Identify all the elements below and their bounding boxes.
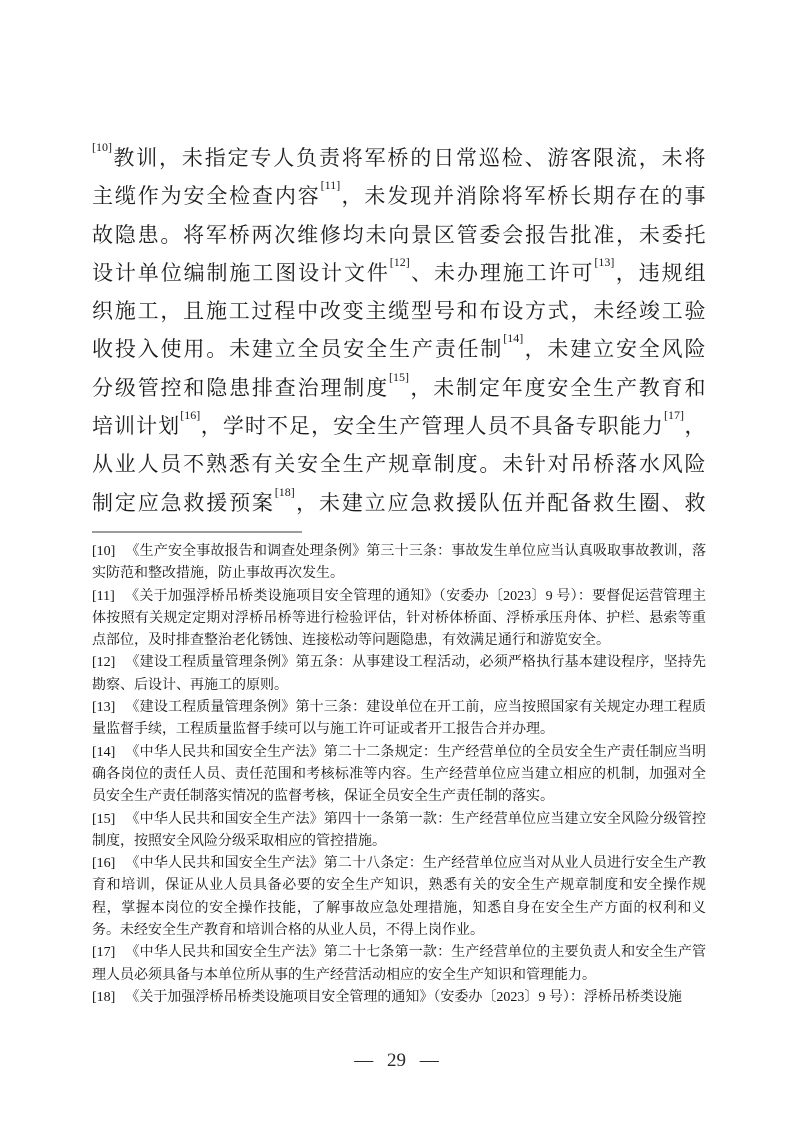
page-number: — 29 —: [0, 1050, 793, 1072]
footnote-ref: [12]: [390, 255, 410, 269]
body-line: 从业人员不熟悉有关安全生产规章制度。未针对吊桥落水风险: [92, 445, 706, 483]
footnote-marker: [17]: [92, 945, 115, 960]
body-text-run: 设计单位编制施工图设计文件: [92, 261, 390, 285]
footnote-item: [18]《关于加强浮桥吊桥类设施项目安全管理的通知》（安委办〔2023〕9 号）…: [92, 987, 706, 1009]
body-text-run: 主缆作为安全检查内容: [92, 184, 321, 208]
footnote-ref: [15]: [389, 370, 409, 384]
footnote-item: [12]《建设工程质量管理条例》第五条：从事建设工程活动，必须严格执行基本建设程…: [92, 652, 706, 697]
footnote-text: 《生产安全事故报告和调查处理条例》第三十三条：事故发生单位应当认真吸取事故教训，…: [92, 544, 706, 581]
footnote-marker: [14]: [92, 745, 115, 760]
footnote-ref: [13]: [594, 255, 614, 269]
footnotes-section: [10]《生产安全事故报告和调查处理条例》第三十三条：事故发生单位应当认真吸取事…: [92, 541, 706, 1009]
body-line: 分级管控和隐患排查治理制度[15]，未制定年度安全生产教育和: [92, 369, 706, 407]
document-page: [10]教训，未指定专人负责将军桥的日常巡检、游客限流，未将主缆作为安全检查内容…: [0, 0, 793, 1122]
footnote-marker: [10]: [92, 544, 115, 559]
body-text-run: ，未发现并消除将军桥长期存在的事: [340, 184, 706, 208]
footnote-text: 《关于加强浮桥吊桥类设施项目安全管理的通知》（安委办〔2023〕9 号）：要督促…: [92, 589, 706, 649]
footnote-text: 《中华人民共和国安全生产法》第二十二条规定：生产经营单位的全员安全生产责任制应当…: [92, 745, 706, 805]
footnote-text: 《中华人民共和国安全生产法》第二十七条第一款：生产经营单位的主要负责人和安全生产…: [92, 945, 706, 982]
footnote-text: 《建设工程质量管理条例》第五条：从事建设工程活动，必须严格执行基本建设程序，坚持…: [92, 655, 706, 692]
footnote-marker: [16]: [92, 856, 115, 871]
body-line: 主缆作为安全检查内容[11]，未发现并消除将军桥长期存在的事: [92, 177, 706, 215]
footnote-text: 《中华人民共和国安全生产法》第二十八条定：生产经营单位应当对从业人员进行安全生产…: [92, 856, 706, 938]
footnote-item: [10]《生产安全事故报告和调查处理条例》第三十三条：事故发生单位应当认真吸取事…: [92, 541, 706, 586]
body-text-run: 、未办理施工许可: [410, 261, 595, 285]
body-line: 培训计划[16]，学时不足，安全生产管理人员不具备专职能力[17]，: [92, 407, 706, 445]
footnote-separator: [92, 531, 302, 533]
footnote-ref: [10]: [92, 140, 112, 154]
body-text-run: 织施工，且施工过程中改变主缆型号和布设方式，未经竣工验: [92, 299, 706, 323]
body-line: 故隐患。将军桥两次维修均未向景区管委会报告批准，未委托: [92, 216, 706, 254]
body-line: 织施工，且施工过程中改变主缆型号和布设方式，未经竣工验: [92, 292, 706, 330]
footnote-item: [14]《中华人民共和国安全生产法》第二十二条规定：生产经营单位的全员安全生产责…: [92, 742, 706, 809]
body-text-run: ，未建立安全风险: [523, 337, 706, 361]
body-text-run: 制定应急救援预案: [92, 491, 275, 515]
body-text-run: 培训计划: [92, 414, 180, 438]
footnote-ref: [14]: [503, 331, 523, 345]
body-text-run: 从业人员不熟悉有关安全生产规章制度。未针对吊桥落水风险: [92, 452, 706, 476]
page-number-text: — 29 —: [354, 1050, 439, 1071]
body-text-run: 收投入使用。未建立全员安全生产责任制: [92, 337, 503, 361]
body-line: 制定应急救援预案[18]，未建立应急救援队伍并配备救生圈、救: [92, 484, 706, 522]
footnote-ref: [11]: [321, 178, 341, 192]
footnote-marker: [18]: [92, 990, 115, 1005]
body-text-run: 分级管控和隐患排查治理制度: [92, 376, 389, 400]
footnote-ref: [16]: [180, 408, 200, 422]
body-line: 收投入使用。未建立全员安全生产责任制[14]，未建立安全风险: [92, 330, 706, 368]
body-line: 设计单位编制施工图设计文件[12]、未办理施工许可[13]，违规组: [92, 254, 706, 292]
body-text-run: ，未建立应急救援队伍并配备救生圈、救: [295, 491, 706, 515]
footnote-text: 《中华人民共和国安全生产法》第四十一条第一款：生产经营单位应当建立安全风险分级管…: [92, 812, 706, 849]
footnote-item: [13]《建设工程质量管理条例》第十三条：建设单位在开工前，应当按照国家有关规定…: [92, 697, 706, 742]
body-text-run: ，未制定年度安全生产教育和: [409, 376, 706, 400]
body-text-run: 故隐患。将军桥两次维修均未向景区管委会报告批准，未委托: [92, 223, 706, 247]
footnote-item: [17]《中华人民共和国安全生产法》第二十七条第一款：生产经营单位的主要负责人和…: [92, 942, 706, 987]
footnote-item: [11]《关于加强浮桥吊桥类设施项目安全管理的通知》（安委办〔2023〕9 号）…: [92, 586, 706, 653]
footnote-ref: [17]: [664, 408, 684, 422]
footnote-text: 《建设工程质量管理条例》第十三条：建设单位在开工前，应当按照国家有关规定办理工程…: [92, 700, 706, 737]
body-text-run: ，学时不足，安全生产管理人员不具备专职能力: [200, 414, 664, 438]
footnote-item: [15]《中华人民共和国安全生产法》第四十一条第一款：生产经营单位应当建立安全风…: [92, 809, 706, 854]
footnote-text: 《关于加强浮桥吊桥类设施项目安全管理的通知》（安委办〔2023〕9 号）：浮桥吊…: [125, 990, 682, 1005]
body-paragraph: [10]教训，未指定专人负责将军桥的日常巡检、游客限流，未将主缆作为安全检查内容…: [92, 139, 706, 522]
footnote-marker: [12]: [92, 655, 115, 670]
body-text-run: ，: [684, 414, 706, 438]
body-text-run: 教训，未指定专人负责将军桥的日常巡检、游客限流，未将: [112, 146, 706, 170]
footnote-ref: [18]: [275, 485, 295, 499]
body-line: [10]教训，未指定专人负责将军桥的日常巡检、游客限流，未将: [92, 139, 706, 177]
body-text-run: ，违规组: [614, 261, 706, 285]
footnote-marker: [11]: [92, 589, 115, 604]
footnote-item: [16]《中华人民共和国安全生产法》第二十八条定：生产经营单位应当对从业人员进行…: [92, 853, 706, 942]
footnote-marker: [15]: [92, 812, 115, 827]
footnote-marker: [13]: [92, 700, 115, 715]
